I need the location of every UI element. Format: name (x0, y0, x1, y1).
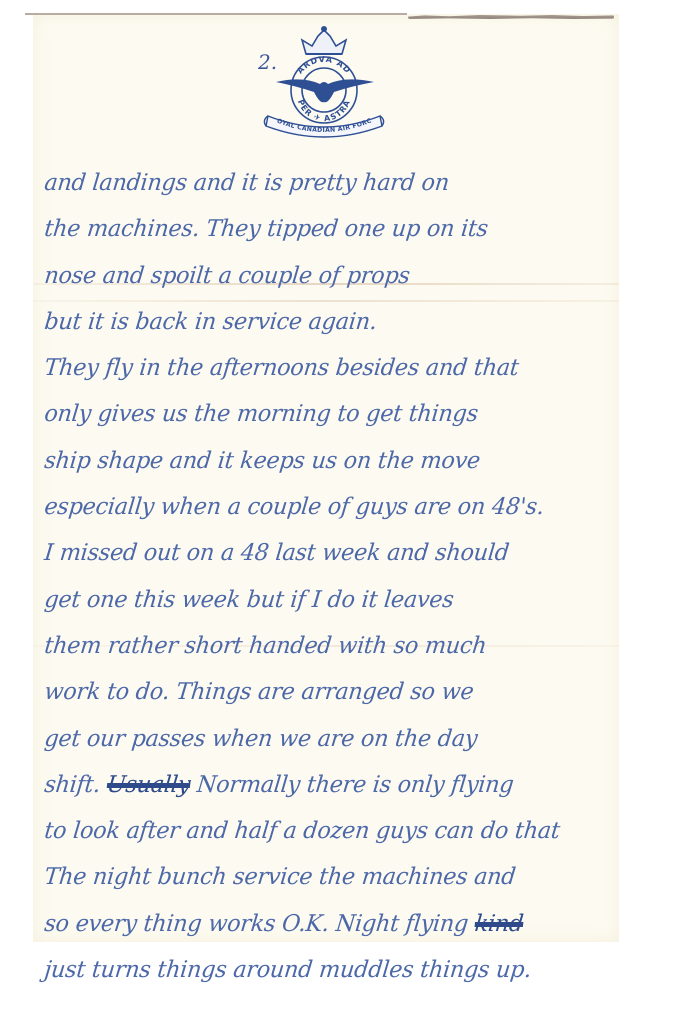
line-text: shift. (43, 772, 108, 798)
handwritten-line: only gives us the morning to get things (42, 391, 612, 437)
handwritten-line: to look after and half a dozen guys can … (42, 808, 612, 854)
handwritten-line: get our passes when we are on the day (42, 716, 612, 762)
line-text: so every thing works O.K. Night flying (43, 911, 476, 937)
handwritten-line: the machines. They tipped one up on its (42, 206, 612, 252)
letter-body: and landings and it is pretty hard on th… (42, 160, 622, 993)
handwritten-line: work to do. Things are arranged so we (42, 669, 612, 715)
handwritten-line: especially when a couple of guys are on … (42, 484, 612, 530)
handwritten-line: just turns things around muddles things … (42, 947, 612, 993)
handwritten-line: get one this week but if I do it leaves (42, 577, 612, 623)
handwritten-line: but it is back in service again. (42, 299, 612, 345)
handwritten-line: them rather short handed with so much (42, 623, 612, 669)
handwritten-line: and landings and it is pretty hard on (42, 160, 612, 206)
handwritten-line: so every thing works O.K. Night flying k… (42, 901, 612, 947)
handwritten-line: shift. Usually Normally there is only fl… (42, 762, 612, 808)
handwritten-line: I missed out on a 48 last week and shoul… (42, 530, 612, 576)
handwritten-line: nose and spoilt a couple of props (42, 253, 612, 299)
svg-text:ARDVA AD: ARDVA AD (295, 55, 352, 76)
handwritten-line: The night bunch service the machines and (42, 854, 612, 900)
svg-text:PER ✈ ASTRA: PER ✈ ASTRA (296, 98, 352, 123)
struck-through-word: Usually (106, 772, 192, 798)
paper-top-edge (25, 13, 407, 15)
struck-through-word: kind (473, 911, 524, 937)
line-text: Normally there is only flying (189, 772, 515, 798)
rcaf-crest-icon: ARDVA AD PER ✈ ASTRA ROYAL CANADIAN AIR … (262, 24, 386, 140)
handwritten-line: They fly in the afternoons besides and t… (42, 345, 612, 391)
handwritten-line: ship shape and it keeps us on the move (42, 438, 612, 484)
